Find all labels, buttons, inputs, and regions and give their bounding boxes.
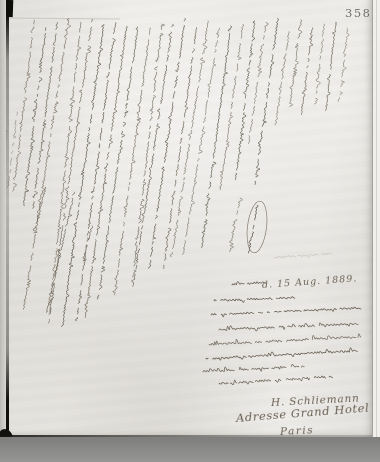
- scanner-margin-bottom: [0, 437, 380, 462]
- handwriting-line: [274, 31, 290, 125]
- letter1-margin-lines: [32, 187, 95, 313]
- letter1-closing-signature: [228, 198, 270, 254]
- handwriting-line: [228, 198, 243, 253]
- handwriting-line: [131, 24, 175, 287]
- handwriting-line: [206, 347, 358, 361]
- handwriting-line: [214, 297, 295, 304]
- handwriting-line: [288, 20, 304, 108]
- adjacent-page-edge-line: [376, 0, 377, 437]
- handwriting-line: [274, 253, 332, 261]
- scanned-page: 358 d. 15 Aug. 1889. H. Schliemann Adres…: [0, 0, 380, 462]
- handwriting-line: [75, 22, 118, 321]
- handwriting-line: [232, 280, 266, 286]
- handwriting-line: [313, 24, 327, 105]
- handwriting-line: [246, 22, 268, 144]
- handwriting-line: [11, 20, 37, 192]
- page-number-stamp: 358: [345, 6, 371, 20]
- handwriting-line: [338, 28, 351, 102]
- handwriting-layer: [0, 0, 380, 462]
- binding-mark-top: [7, 0, 14, 17]
- handwriting-line: [219, 320, 358, 332]
- binding-edge-line: [6, 0, 9, 437]
- handwriting-line: [162, 27, 199, 269]
- handwriting-line: [218, 24, 246, 190]
- handwriting-line: [32, 187, 48, 234]
- handwriting-line: [48, 19, 95, 314]
- handwriting-line: [131, 24, 165, 278]
- handwriting-line: [219, 374, 333, 386]
- handwriting-line: [200, 26, 234, 248]
- handwriting-line: [60, 24, 106, 327]
- handwriting-line: [31, 22, 60, 209]
- letter1-signature-flourish: [244, 200, 269, 254]
- handwriting-line: [324, 22, 338, 111]
- handwriting-line: [211, 307, 361, 318]
- handwriting-line: [96, 27, 140, 300]
- handwriting-line: [83, 26, 129, 318]
- handwriting-line: [209, 333, 361, 346]
- handwriting-line: [147, 18, 187, 269]
- letter2-lines: [203, 253, 361, 386]
- handwriting-line: [299, 28, 314, 115]
- handwriting-line: [203, 363, 304, 374]
- handwriting-line: [233, 21, 257, 181]
- handwriting-line: [253, 18, 281, 185]
